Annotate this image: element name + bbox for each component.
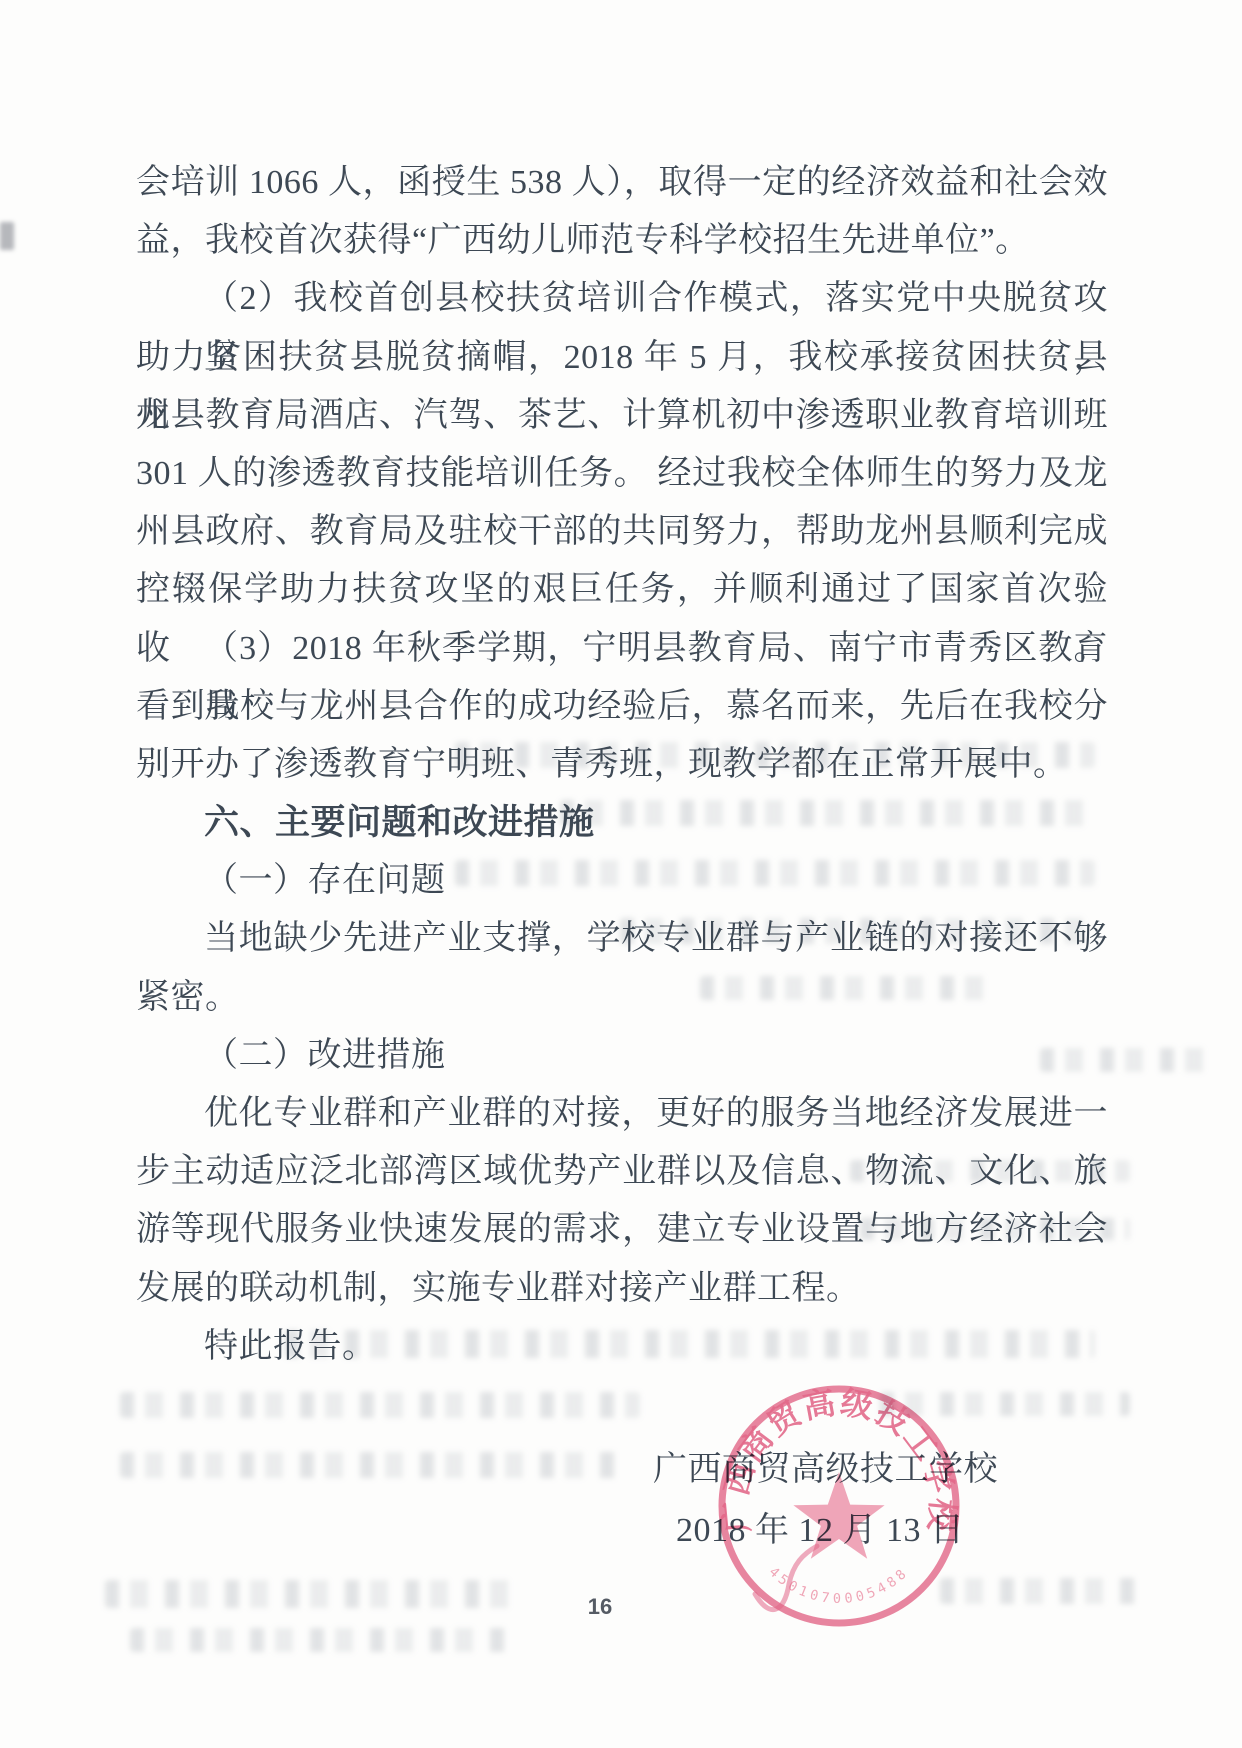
- text-line: 州县政府、教育局及驻校干部的共同努力，帮助龙州县顺利完成: [136, 503, 1108, 561]
- text-line: 游等现代服务业快速发展的需求，建立专业设置与地方经济社会: [136, 1201, 1108, 1259]
- text-line: （二）改进措施: [136, 1027, 1108, 1085]
- document-page: 会培训 1066 人，函授生 538 人），取得一定的经济效益和社会效益，我校首…: [0, 0, 1242, 1748]
- scan-edge-smudge: [0, 222, 14, 250]
- text-line: 助力贫困扶贫县脱贫摘帽，2018 年 5 月，我校承接贫困扶贫县龙: [136, 329, 1108, 387]
- bleed-through-artifact: [940, 1578, 1140, 1604]
- page-number: 16: [560, 1594, 640, 1620]
- text-line: 益，我校首次获得“广西幼儿师范专科学校招生先进单位”。: [136, 212, 1108, 270]
- text-line: （2）我校首创县校扶贫培训合作模式，落实党中央脱贫攻坚，: [136, 270, 1108, 328]
- text-line: （一）存在问题: [136, 852, 1108, 910]
- text-line: 当地缺少先进产业支撑，学校专业群与产业链的对接还不够: [136, 910, 1108, 968]
- text-line: 步主动适应泛北部湾区域优势产业群以及信息、物流、文化、旅: [136, 1143, 1108, 1201]
- bleed-through-artifact: [120, 1452, 620, 1478]
- text-line: 301 人的渗透教育技能培训任务。 经过我校全体师生的努力及龙: [136, 445, 1108, 503]
- seal-check-mark: [755, 1546, 817, 1610]
- text-line: 州县教育局酒店、汽驾、茶艺、计算机初中渗透职业教育培训班: [136, 387, 1108, 445]
- section-heading: 六、主要问题和改进措施: [136, 794, 1108, 852]
- bleed-through-artifact: [120, 1392, 640, 1418]
- text-line: （3）2018 年秋季学期，宁明县教育局、南宁市青秀区教育局: [136, 620, 1108, 678]
- signature-date: 2018 年 12 月 13 日: [676, 1502, 965, 1551]
- text-line: 紧密。: [136, 969, 1108, 1027]
- document-body: 会培训 1066 人，函授生 538 人），取得一定的经济效益和社会效益，我校首…: [136, 154, 1108, 1376]
- bleed-through-artifact: [105, 1580, 525, 1608]
- bleed-through-artifact: [880, 1392, 1130, 1416]
- text-line: 特此报告。: [136, 1318, 1108, 1376]
- text-line: 发展的联动机制，实施专业群对接产业群工程。: [136, 1260, 1108, 1318]
- bleed-through-artifact: [130, 1628, 510, 1652]
- text-line: 会培训 1066 人，函授生 538 人），取得一定的经济效益和社会效: [136, 154, 1108, 212]
- seal-serial-number: 4501070005488: [766, 1564, 913, 1607]
- text-line: 看到我校与龙州县合作的成功经验后，慕名而来，先后在我校分: [136, 678, 1108, 736]
- text-line: 控辍保学助力扶贫攻坚的艰巨任务，并顺利通过了国家首次验收。: [136, 561, 1108, 619]
- text-line: 别开办了渗透教育宁明班、青秀班，现教学都在正常开展中。: [136, 736, 1108, 794]
- signature-organization: 广西商贸高级技工学校: [653, 1441, 998, 1490]
- text-line: 优化专业群和产业群的对接，更好的服务当地经济发展进一: [136, 1085, 1108, 1143]
